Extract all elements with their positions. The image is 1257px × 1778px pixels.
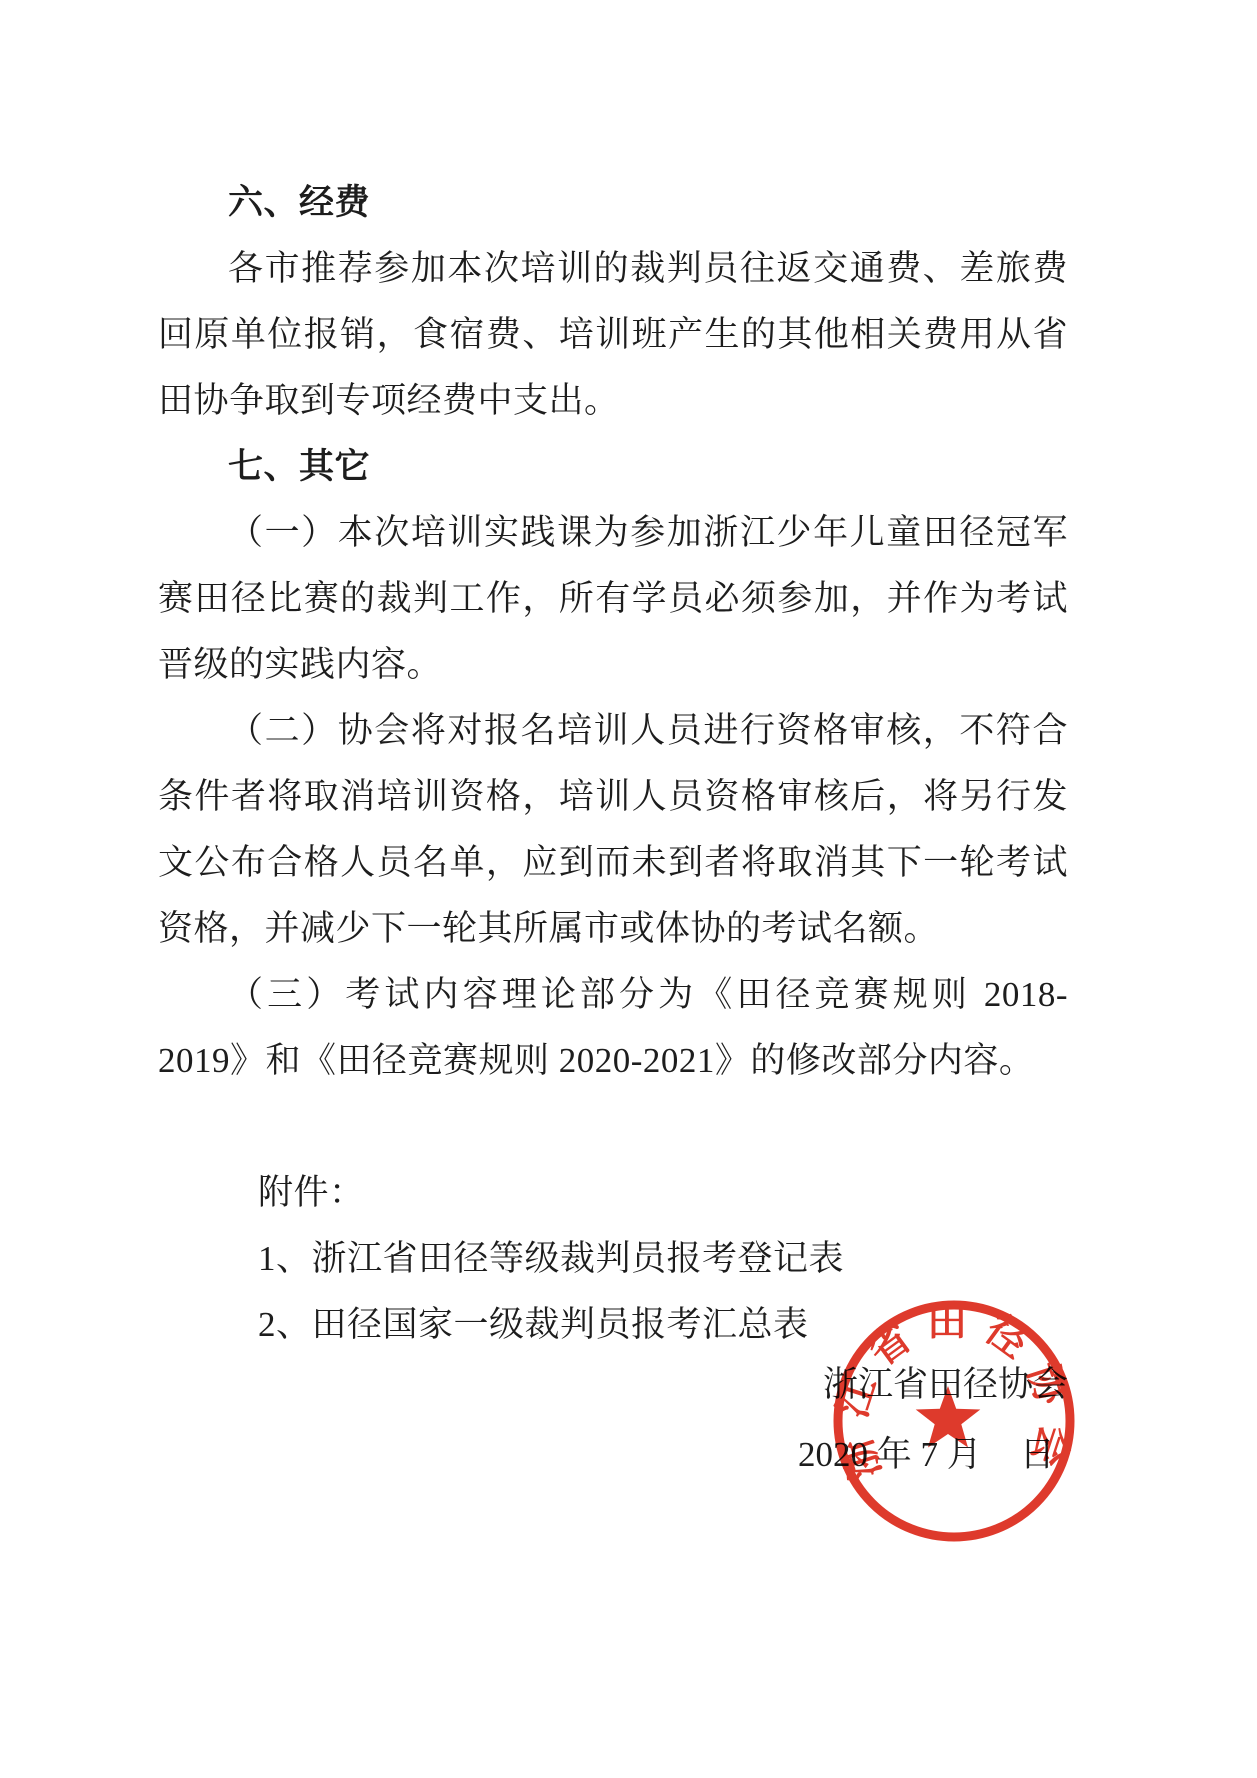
attachments-label: 附件：: [158, 1160, 1068, 1226]
signature-date-prefix: 2020 年 7 月: [798, 1435, 982, 1474]
signature-org: 浙江省田径协会: [798, 1350, 1068, 1420]
signature-date-suffix: 日: [1020, 1435, 1055, 1474]
section-heading-funding: 六、经费: [158, 170, 1068, 236]
paragraph-other-3: （三）考试内容理论部分为《田径竞赛规则 2018-2019》和《田径竞赛规则 2…: [158, 962, 1068, 1094]
paragraph-other-2: （二）协会将对报名培训人员进行资格审核，不符合条件者将取消培训资格，培训人员资格…: [158, 698, 1068, 962]
signature-block: 浙江省田径协会 2020 年 7 月日: [798, 1350, 1068, 1490]
attachment-item-1: 1、浙江省田径等级裁判员报考登记表: [158, 1226, 1068, 1292]
paragraph-funding: 各市推荐参加本次培训的裁判员往返交通费、差旅费回原单位报销，食宿费、培训班产生的…: [158, 236, 1068, 434]
attachment-item-2: 2、田径国家一级裁判员报考汇总表: [158, 1292, 1068, 1358]
paragraph-other-1: （一）本次培训实践课为参加浙江少年儿童田径冠军赛田径比赛的裁判工作，所有学员必须…: [158, 500, 1068, 698]
document-page: 六、经费 各市推荐参加本次培训的裁判员往返交通费、差旅费回原单位报销，食宿费、培…: [0, 0, 1257, 1778]
signature-date: 2020 年 7 月日: [798, 1420, 1068, 1490]
document-body: 六、经费 各市推荐参加本次培训的裁判员往返交通费、差旅费回原单位报销，食宿费、培…: [158, 170, 1068, 1358]
section-heading-other: 七、其它: [158, 434, 1068, 500]
